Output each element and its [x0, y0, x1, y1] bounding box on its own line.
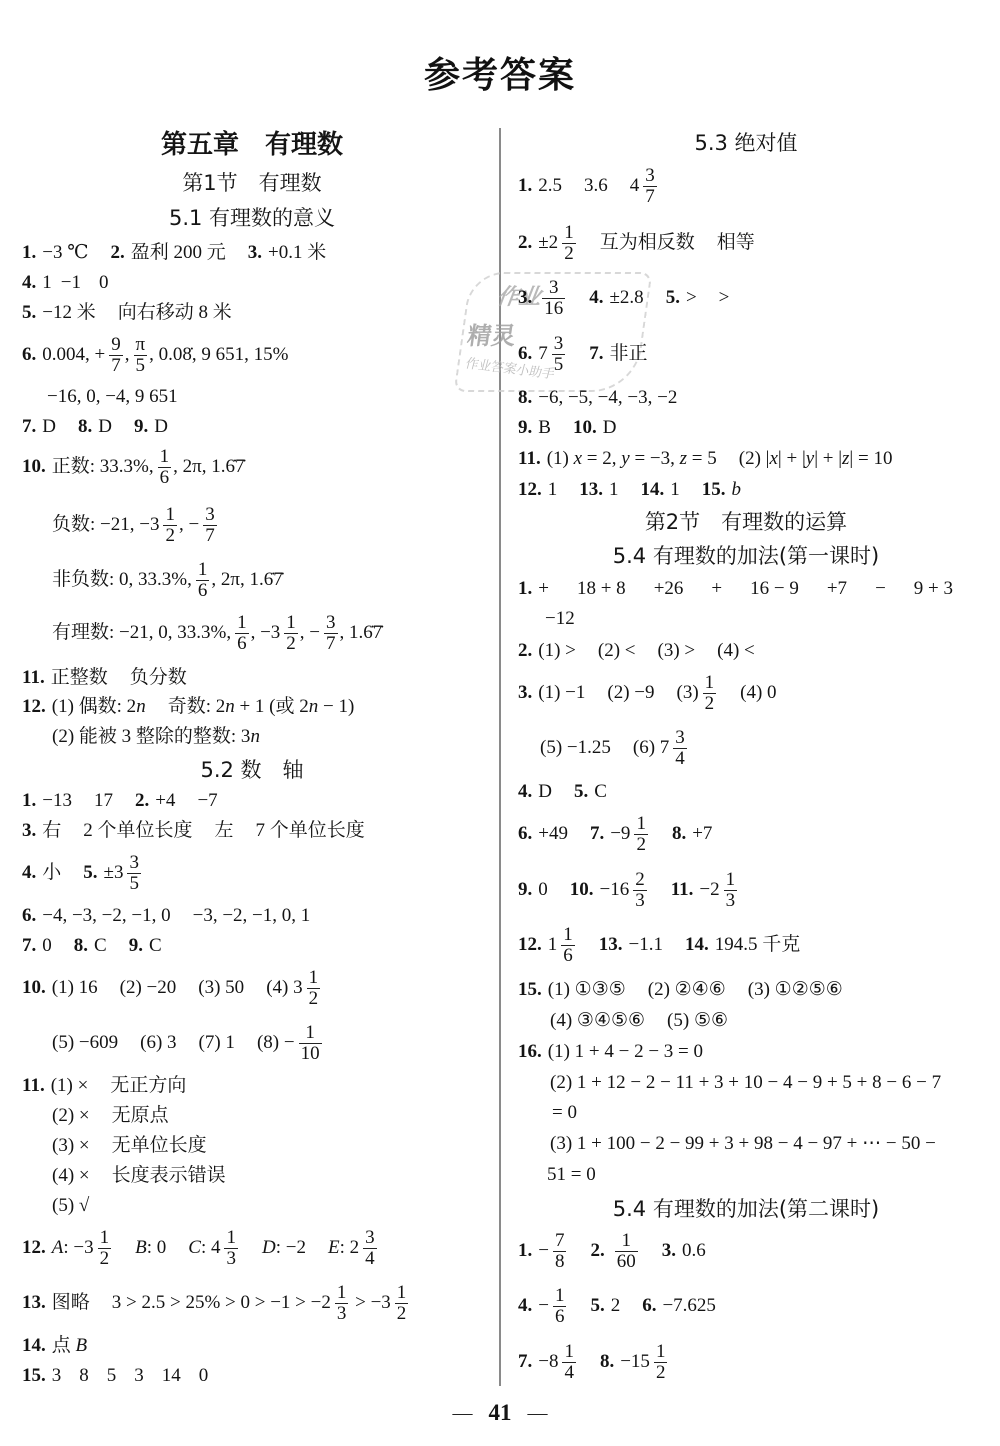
answer-line: 12. 1 13. 1 14. 1 15. b — [518, 468, 741, 512]
fraction: 34 — [363, 1228, 377, 1269]
subsection-title-5-3: 5.3 绝对值 — [500, 128, 992, 158]
denominator: 8 — [553, 1251, 567, 1272]
answer-text: 2 个单位长度 — [83, 820, 192, 842]
question-number: 10. — [573, 417, 597, 439]
answer-text: 3.6 — [584, 175, 608, 197]
answer-text: 非负数: 0, 33.3%, — [52, 569, 192, 591]
answer-text: (1) — [547, 448, 574, 470]
denominator: 6 — [553, 1306, 567, 1327]
question-number: 8. — [600, 1351, 614, 1373]
answer-line: 6. 0.004, + 97 , π5 , 0.08̇, 9 651, 15% — [22, 333, 288, 377]
numerator: 3 — [643, 166, 657, 186]
numerator: 3 — [324, 613, 338, 633]
fraction: 16 — [553, 1286, 567, 1327]
answer-text: 正数: 33.3%, — [52, 456, 154, 478]
answer-line: 5. −12 米 向右移动 8 米 — [22, 291, 232, 335]
answer-text: (4) 3 — [266, 977, 302, 999]
question-number: 11. — [22, 1075, 45, 1097]
answer-line: 2. ±2 12 互为相反数 相等 — [518, 221, 755, 265]
italic-variable: n — [250, 726, 260, 748]
answer-text: 小 — [42, 862, 61, 884]
answer-text: −9 — [610, 823, 630, 845]
answer-text: 0.6 — [682, 1240, 706, 1262]
answer-text: −1.1 — [629, 934, 663, 956]
answer-line: (2) 能被 3 整除的整数: 3 n — [52, 715, 260, 759]
fraction: 23 — [633, 870, 647, 911]
answer-text: 194.5 千克 — [715, 934, 801, 956]
question-number: 7. — [22, 935, 36, 957]
denominator: 10 — [299, 1043, 322, 1064]
question-number: 15. — [518, 979, 542, 1001]
answer-text: (1) > — [538, 640, 576, 662]
denominator: 6 — [235, 633, 249, 654]
denominator: 5 — [127, 873, 141, 894]
question-number: 9. — [518, 879, 532, 901]
numerator: 1 — [98, 1228, 112, 1248]
italic-variable: z — [680, 448, 687, 470]
numerator: π — [133, 335, 147, 355]
subsection-title-5-1: 5.1 有理数的意义 — [0, 203, 504, 233]
answer-text: (3) 50 — [198, 977, 244, 999]
question-number: 15. — [702, 479, 726, 501]
answer-text: > −3 — [350, 1292, 390, 1314]
answer-text: 右 — [42, 820, 61, 842]
numerator: 7 — [553, 1231, 567, 1251]
question-number: 8. — [74, 935, 88, 957]
denominator: 2 — [654, 1362, 668, 1383]
answer-line: (5) −609 (6) 3 (7) 1 (8) − 110 — [52, 1021, 324, 1065]
answer-text: (1) 1 + 4 − 2 − 3 = 0 — [548, 1041, 703, 1063]
numerator: 1 — [724, 870, 738, 890]
question-number: 13. — [22, 1292, 46, 1314]
numerator: 1 — [307, 968, 321, 988]
answer-line: 6. 7 35 7. 非正 — [518, 332, 648, 376]
fraction: 14 — [562, 1342, 576, 1383]
answer-text: (1) ①③⑤ — [548, 979, 626, 1001]
chapter-title: 第五章 有理数 — [0, 130, 504, 160]
answer-text: | = 10 — [849, 448, 892, 470]
answer-line: 3. 316 4. ±2.8 5. > > — [518, 276, 729, 320]
answer-text: (1) −1 — [538, 682, 585, 704]
answer-text: (5) −609 — [52, 1032, 118, 1054]
numerator: 3 — [203, 505, 217, 525]
page-title: 参考答案 — [0, 52, 1000, 98]
denominator: 16 — [542, 298, 565, 319]
fraction: 160 — [615, 1231, 638, 1272]
numerator: 2 — [633, 870, 647, 890]
answer-text: , 1.6̇7̇ — [340, 622, 383, 644]
question-number: 5. — [574, 781, 588, 803]
answer-text: (4) ③④⑤⑥ — [550, 1010, 645, 1032]
answer-text: (3) > — [658, 640, 696, 662]
answer-text: , − — [300, 622, 320, 644]
question-number: 8. — [78, 416, 92, 438]
denominator: 2 — [284, 633, 298, 654]
answer-line: 1. + 18 + 8 +26 + 16 − 9 +7 − 9 + 3 — [518, 567, 953, 611]
answer-text: 2.5 — [538, 175, 562, 197]
fraction: 37 — [324, 613, 338, 654]
fraction: 97 — [109, 335, 123, 376]
answer-text: −12 米 — [42, 302, 95, 324]
answer-line: 10. 正数: 33.3%, 16 , 2π, 1.6̇7̇ — [22, 445, 244, 489]
answer-text: ±2.8 — [610, 287, 644, 309]
answer-text: −16 — [600, 879, 630, 901]
denominator: 4 — [562, 1362, 576, 1383]
denominator: 6 — [561, 945, 575, 966]
answer-line: 9. 0 10. −16 23 11. −2 13 — [518, 868, 739, 912]
answer-text: B — [538, 417, 551, 439]
numerator: 3 — [673, 728, 687, 748]
answer-line: 2. (1) > (2) < (3) > (4) < — [518, 629, 755, 673]
numerator: 1 — [395, 1283, 409, 1303]
answer-text: ±2 — [538, 232, 558, 254]
denominator: 7 — [324, 633, 338, 654]
question-number: 12. — [518, 934, 542, 956]
answer-line: 13. 图略 3 > 2.5 > 25% > 0 > −1 > −2 13 > … — [22, 1281, 410, 1325]
answer-text: −15 — [620, 1351, 650, 1373]
question-number: 6. — [518, 823, 532, 845]
fraction: 13 — [335, 1283, 349, 1324]
answer-key-page: 参考答案 作业 精灵 作业答案小助手 第五章 有理数 第1节 有理数 5.1 有… — [0, 0, 1000, 1446]
question-number: 11. — [671, 879, 694, 901]
denominator: 3 — [633, 890, 647, 911]
answer-text: (3) 1 + 100 − 2 − 99 + 3 + 98 − 4 − 97 +… — [550, 1133, 936, 1155]
answer-text: (3) — [677, 682, 699, 704]
answer-text: 长度表示错误 — [112, 1165, 226, 1187]
numerator: 1 — [196, 560, 210, 580]
answer-text: (2) | — [739, 448, 770, 470]
question-number: 7. — [590, 823, 604, 845]
italic-variable: x — [769, 448, 777, 470]
question-number: 2. — [590, 1240, 604, 1262]
point-label: D — [262, 1237, 276, 1259]
answer-line: (2) 1 + 12 − 2 − 11 + 3 + 10 − 4 − 9 + 5… — [550, 1061, 941, 1105]
answer-text: − — [875, 578, 886, 600]
answer-text: 非正 — [610, 343, 648, 365]
italic-variable: y — [621, 448, 629, 470]
question-number: 4. — [22, 862, 36, 884]
footer-dash-left: — — [453, 1402, 473, 1425]
answer-text: = −3, — [630, 448, 680, 470]
question-number: 15. — [22, 1365, 46, 1387]
question-number: 12. — [22, 696, 46, 718]
numerator: 1 — [634, 814, 648, 834]
answer-text: (6) 7 — [633, 737, 669, 759]
question-number: 2. — [110, 242, 124, 264]
numerator: 1 — [335, 1283, 349, 1303]
denominator: 2 — [562, 243, 576, 264]
fraction: 12 — [703, 673, 717, 714]
answer-text: > — [719, 287, 730, 309]
answer-line: 7. −8 14 8. −15 12 — [518, 1340, 669, 1384]
answer-line: 非负数: 0, 33.3%, 16 , 2π, 1.6̇7̇ — [52, 558, 283, 602]
question-number: 8. — [672, 823, 686, 845]
answer-text: | + | — [778, 448, 806, 470]
denominator: 2 — [703, 693, 717, 714]
italic-variable: n — [309, 696, 319, 718]
answer-text: C — [594, 781, 607, 803]
answer-text: 1 — [609, 479, 619, 501]
question-number: 1. — [518, 578, 532, 600]
question-number: 3. — [518, 682, 532, 704]
italic-variable: y — [806, 448, 814, 470]
answer-text: 0 — [199, 1365, 209, 1387]
fraction: 34 — [673, 728, 687, 769]
answer-text: | + | — [814, 448, 842, 470]
question-number: 4. — [518, 781, 532, 803]
fraction: 12 — [634, 814, 648, 855]
answer-text: (5) ⑤⑥ — [667, 1010, 728, 1032]
numerator: 1 — [562, 223, 576, 243]
denominator: 2 — [163, 525, 177, 546]
answer-text: (2) −9 — [607, 682, 654, 704]
answer-text: : −3 — [63, 1237, 93, 1259]
denominator: 4 — [673, 748, 687, 769]
answer-text: 8 — [79, 1365, 89, 1387]
subsection-title-5-4-lesson-2: 5.4 有理数的加法(第二课时) — [500, 1194, 992, 1224]
answer-text: (6) 3 — [140, 1032, 176, 1054]
answer-text: (2) ②④⑥ — [648, 979, 726, 1001]
denominator: 5 — [552, 354, 566, 375]
fraction: 16 — [196, 560, 210, 601]
answer-text: +26 — [654, 578, 684, 600]
answer-text: : −2 — [276, 1237, 306, 1259]
question-number: 3. — [22, 820, 36, 842]
denominator: 3 — [724, 890, 738, 911]
italic-variable: x — [574, 448, 582, 470]
denominator: 2 — [98, 1248, 112, 1269]
answer-text: 0 — [538, 879, 548, 901]
fraction: 110 — [299, 1023, 322, 1064]
answer-text: , − — [179, 514, 199, 536]
fraction: 37 — [643, 166, 657, 207]
answer-line: 4. 小 5. ±3 35 — [22, 851, 143, 895]
numerator: 1 — [619, 1231, 633, 1251]
fraction: 16 — [158, 447, 172, 488]
answer-text: 3 > 2.5 > 25% > 0 > −1 > −2 — [112, 1292, 331, 1314]
question-number: 13. — [599, 934, 623, 956]
answer-text: 负数: −21, −3 — [52, 514, 159, 536]
answer-text: (3) ①②⑤⑥ — [748, 979, 843, 1001]
fraction: π5 — [133, 335, 147, 376]
question-number: 7. — [589, 343, 603, 365]
answer-text: (2) 能被 3 整除的整数: 3 — [52, 726, 250, 748]
answer-text: D — [42, 416, 56, 438]
numerator: 1 — [224, 1228, 238, 1248]
page-footer: — 41 — — [0, 1398, 1000, 1428]
answer-text: −8 — [538, 1351, 558, 1373]
question-number: 6. — [518, 343, 532, 365]
answer-text: , −3 — [251, 622, 281, 644]
answer-line: 负数: −21, −3 12 , − 37 — [52, 503, 219, 547]
answer-line: (3) 1 + 100 − 2 − 99 + 3 + 98 − 4 − 97 +… — [550, 1122, 936, 1166]
fraction: 12 — [654, 1342, 668, 1383]
question-number: 7. — [22, 416, 36, 438]
question-number: 2. — [518, 640, 532, 662]
answer-text: (2) < — [598, 640, 636, 662]
question-number: 6. — [642, 1295, 656, 1317]
answer-text: D — [603, 417, 617, 439]
question-number: 4. — [518, 1295, 532, 1317]
denominator: 7 — [109, 355, 123, 376]
numerator: 1 — [654, 1342, 668, 1362]
answer-text: ±3 — [104, 862, 124, 884]
denominator: 7 — [203, 525, 217, 546]
answer-text: 相等 — [717, 232, 755, 254]
section-title: 第1节 有理数 — [0, 168, 504, 198]
question-number: 9. — [134, 416, 148, 438]
question-number: 3. — [662, 1240, 676, 1262]
denominator: 2 — [395, 1303, 409, 1324]
answer-text: 有理数: −21, 0, 33.3%, — [52, 622, 231, 644]
answer-line: 1. 2.5 3.6 4 37 — [518, 164, 659, 208]
denominator: 3 — [224, 1248, 238, 1269]
answer-text: 3 — [134, 1365, 144, 1387]
numerator: 3 — [552, 334, 566, 354]
question-number: 7. — [518, 1351, 532, 1373]
answer-line: 6. +49 7. −9 12 8. +7 — [518, 812, 712, 856]
numerator: 1 — [158, 447, 172, 467]
question-number: 9. — [518, 417, 532, 439]
answer-text: 18 + 8 — [577, 578, 626, 600]
answer-text: = 5 — [687, 448, 717, 470]
answer-line: 7. D 8. D 9. D — [22, 405, 168, 449]
answer-text: −2 — [699, 879, 719, 901]
question-number: 10. — [570, 879, 594, 901]
answer-line: 4. − 16 5. 2 6. −7.625 — [518, 1284, 716, 1328]
answer-text: − — [538, 1240, 549, 1262]
answer-text: + — [711, 578, 722, 600]
fraction: 12 — [98, 1228, 112, 1269]
question-number: 16. — [518, 1041, 542, 1063]
answer-text: (2) 1 + 12 − 2 − 11 + 3 + 10 − 4 − 9 + 5… — [550, 1072, 941, 1094]
numerator: 9 — [109, 335, 123, 355]
answer-text: −7.625 — [662, 1295, 715, 1317]
question-number: 3. — [518, 287, 532, 309]
answer-text: 1 — [548, 479, 558, 501]
numerator: 1 — [235, 613, 249, 633]
answer-text: : 0 — [147, 1237, 167, 1259]
answer-text: (7) 1 — [199, 1032, 235, 1054]
answer-text: , — [125, 344, 130, 366]
answer-text: +49 — [538, 823, 568, 845]
answer-text: 图略 — [52, 1292, 90, 1314]
denominator: 2 — [634, 834, 648, 855]
question-number: 1. — [518, 175, 532, 197]
answer-line: 15. 3 8 5 3 14 0 — [22, 1354, 208, 1398]
question-number: 10. — [22, 977, 46, 999]
answer-text: , 0.08̇, 9 651, 15% — [149, 344, 288, 366]
answer-text: 向右移动 8 米 — [118, 302, 232, 324]
denominator: 2 — [307, 988, 321, 1009]
answer-text: − 1) — [318, 696, 354, 718]
answer-text: , 2π, 1.6̇7̇ — [211, 569, 282, 591]
question-number: 12. — [518, 479, 542, 501]
answer-text: : 2 — [340, 1237, 360, 1259]
italic-variable: b — [732, 479, 742, 501]
answer-text: 左 — [215, 820, 234, 842]
numerator: 1 — [284, 613, 298, 633]
answer-line: 51 = 0 — [547, 1153, 596, 1197]
answer-text: (5) √ — [52, 1195, 89, 1217]
numerator: 3 — [547, 278, 561, 298]
fraction: 12 — [395, 1283, 409, 1324]
point-label: C — [188, 1237, 201, 1259]
answer-text: −12 — [545, 608, 575, 630]
answer-text: − — [538, 1295, 549, 1317]
answer-text: +7 — [692, 823, 712, 845]
question-number: 5. — [22, 302, 36, 324]
fraction: 316 — [542, 278, 565, 319]
fraction: 35 — [552, 334, 566, 375]
question-number: 5. — [666, 287, 680, 309]
answer-text: +0.1 米 — [268, 242, 326, 264]
fraction: 12 — [562, 223, 576, 264]
numerator: 1 — [303, 1023, 317, 1043]
fraction: 78 — [553, 1231, 567, 1272]
fraction: 13 — [724, 870, 738, 911]
question-number: 14. — [685, 934, 709, 956]
answer-line: 有理数: −21, 0, 33.3%, 16 , −3 12 , − 37 , … — [52, 611, 382, 655]
denominator: 3 — [335, 1303, 349, 1324]
section-title-2: 第2节 有理数的运算 — [500, 507, 992, 537]
answer-text: (4) 0 — [740, 682, 776, 704]
answer-text: (8) − — [257, 1032, 295, 1054]
answer-text: D — [98, 416, 112, 438]
fraction: 35 — [127, 853, 141, 894]
answer-line: 4. D 5. C — [518, 770, 607, 814]
answer-line: 10. (1) 16 (2) −20 (3) 50 (4) 3 12 — [22, 966, 322, 1010]
answer-text: C — [149, 935, 162, 957]
question-number: 3. — [248, 242, 262, 264]
numerator: 1 — [553, 1286, 567, 1306]
answer-text: 16 − 9 — [750, 578, 799, 600]
numerator: 1 — [562, 1342, 576, 1362]
answer-line: (5) √ — [52, 1184, 89, 1228]
denominator: 6 — [196, 580, 210, 601]
answer-text: (5) −1.25 — [540, 737, 611, 759]
numerator: 3 — [363, 1228, 377, 1248]
fraction: 12 — [307, 968, 321, 1009]
answer-line: 3. (1) −1 (2) −9 (3) 12 (4) 0 — [518, 671, 777, 715]
question-number: 10. — [22, 456, 46, 478]
answer-text: (2) −20 — [120, 977, 177, 999]
answer-text: D — [538, 781, 552, 803]
denominator: 7 — [643, 186, 657, 207]
answer-text: −3, −2, −1, 0, 1 — [193, 905, 311, 927]
question-number: 11. — [518, 448, 541, 470]
fraction: 13 — [224, 1228, 238, 1269]
point-label: B — [135, 1237, 147, 1259]
answer-text: 1 — [548, 934, 558, 956]
answer-text: (1) 16 — [52, 977, 98, 999]
page-number: 41 — [489, 1400, 512, 1426]
answer-line: 3. 右 2 个单位长度 左 7 个单位长度 — [22, 809, 365, 853]
footer-dash-right: — — [528, 1402, 548, 1425]
fraction: 16 — [235, 613, 249, 654]
question-number: 12. — [22, 1237, 46, 1259]
answer-text: 盈利 200 元 — [131, 242, 226, 264]
answer-line: (5) −1.25 (6) 7 34 — [540, 726, 689, 770]
answer-text: 2 — [611, 1295, 621, 1317]
answer-text: 7 — [538, 343, 548, 365]
numerator: 1 — [561, 925, 575, 945]
answer-text: 9 + 3 — [914, 578, 953, 600]
answer-text: C — [94, 935, 107, 957]
answer-text: 0 — [42, 935, 52, 957]
answer-text: 7 个单位长度 — [256, 820, 365, 842]
numerator: 3 — [127, 853, 141, 873]
